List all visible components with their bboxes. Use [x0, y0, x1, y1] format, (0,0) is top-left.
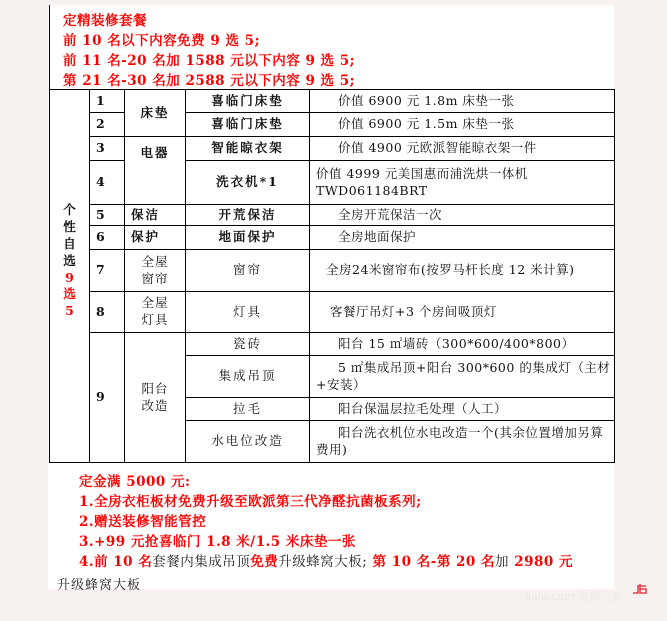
- row-number: 4: [90, 161, 125, 205]
- category-cell: 电器: [125, 137, 186, 205]
- item-cell: 窗帘: [186, 250, 310, 292]
- row-number: 9: [90, 333, 125, 463]
- bonus-item-3: 3.+99 元抢喜临门 1.8 米/1.5 米床垫一张: [79, 530, 356, 550]
- table-row: 个 性 自 选 9 选 5 1 床垫 喜临门床垫 价值 6900 元 1.8m …: [50, 90, 615, 113]
- item-cell: 智能晾衣架: [186, 137, 310, 161]
- table-row: 6 保护 地面保护 全房地面保护: [50, 226, 615, 250]
- row-number: 5: [90, 205, 125, 226]
- options-table: 个 性 自 选 9 选 5 1 床垫 喜临门床垫 价值 6900 元 1.8m …: [49, 89, 615, 463]
- item-cell: 集成吊顶: [186, 356, 310, 398]
- category-cell: 保护: [125, 226, 186, 250]
- row-number: 8: [90, 292, 125, 333]
- desc-cell: 5 ㎡集成吊顶+阳台 300*600 的集成灯（主材+安装）: [310, 356, 615, 398]
- watermark: jiaju.com 装修之家: [525, 588, 622, 604]
- deposit-title: 定金满 5000 元:: [79, 470, 190, 490]
- desc-cell: 全房地面保护: [310, 226, 615, 250]
- item-cell: 水电位改造: [186, 421, 310, 463]
- tier-line-1: 前 10 名以下内容免费 9 选 5;: [63, 29, 260, 49]
- item-cell: 喜临门床垫: [186, 90, 310, 113]
- desc-cell: 客餐厅吊灯+3 个房间吸顶灯: [310, 292, 615, 333]
- category-cell: 床垫: [125, 90, 186, 137]
- row-number: 3: [90, 137, 125, 161]
- bonus-item-4: 4.前 10 名套餐内集成吊顶免费升级蜂窝大板; 第 10 名-第 20 名加 …: [79, 550, 573, 570]
- row-number: 7: [90, 250, 125, 292]
- table-row: 5 保洁 开荒保洁 全房开荒保洁一次: [50, 205, 615, 226]
- table-row: 9 阳台改造 瓷砖 阳台 15 ㎡墙砖（300*600/400*800）: [50, 333, 615, 356]
- desc-cell: 阳台保温层拉毛处理（人工）: [310, 398, 615, 421]
- bonus-item-4-continued: 升级蜂窝大板: [57, 574, 141, 593]
- desc-cell: 价值 4900 元欧派智能晾衣架一件: [310, 137, 615, 161]
- package-title: 定精装修套餐: [63, 9, 147, 29]
- table-row: 8 全屋灯具 灯具 客餐厅吊灯+3 个房间吸顶灯: [50, 292, 615, 333]
- bonus-item-1: 1.全房衣柜板材免费升级至欧派第三代净醛抗菌板系列;: [79, 490, 422, 510]
- package-header: 定精装修套餐 前 10 名以下内容免费 9 选 5; 前 11 名-20 名加 …: [49, 5, 615, 89]
- desc-cell: 全房开荒保洁一次: [310, 205, 615, 226]
- desc-cell: 价值 6900 元 1.8m 床垫一张: [310, 90, 615, 113]
- tier-line-3: 第 21 名-30 名加 2588 元以下内容 9 选 5;: [63, 69, 355, 89]
- category-cell: 全屋灯具: [125, 292, 186, 333]
- side-label: 个 性 自 选 9 选 5: [50, 90, 90, 463]
- table-row: 7 全屋窗帘 窗帘 全房24米窗帘布(按罗马杆长度 12 米计算): [50, 250, 615, 292]
- deposit-bonus-section: 定金满 5000 元: 1.全房衣柜板材免费升级至欧派第三代净醛抗菌板系列; 2…: [49, 467, 614, 589]
- row-number: 1: [90, 90, 125, 113]
- tier-line-2: 前 11 名-20 名加 1588 元以下内容 9 选 5;: [63, 49, 355, 69]
- table-row: 3 电器 智能晾衣架 价值 4900 元欧派智能晾衣架一件: [50, 137, 615, 161]
- item-cell: 瓷砖: [186, 333, 310, 356]
- desc-cell: 阳台 15 ㎡墙砖（300*600/400*800）: [310, 333, 615, 356]
- item-cell: 拉毛: [186, 398, 310, 421]
- item-cell: 洗衣机*1: [186, 161, 310, 205]
- item-cell: 开荒保洁: [186, 205, 310, 226]
- category-cell: 保洁: [125, 205, 186, 226]
- document-page: 定精装修套餐 前 10 名以下内容免费 9 选 5; 前 11 名-20 名加 …: [48, 5, 614, 589]
- category-cell: 全屋窗帘: [125, 250, 186, 292]
- logo-icon: [632, 580, 648, 596]
- row-number: 2: [90, 113, 125, 137]
- row-number: 6: [90, 226, 125, 250]
- desc-cell: 价值 4999 元美国惠而浦洗烘一体机 TWD061184BRT: [310, 161, 615, 205]
- bonus-item-2: 2.赠送装修智能管控: [79, 510, 206, 530]
- desc-cell: 全房24米窗帘布(按罗马杆长度 12 米计算): [310, 250, 615, 292]
- item-cell: 地面保护: [186, 226, 310, 250]
- category-cell: 阳台改造: [125, 333, 186, 463]
- item-cell: 灯具: [186, 292, 310, 333]
- desc-cell: 阳台洗衣机位水电改造一个(其余位置增加另算费用): [310, 421, 615, 463]
- item-cell: 喜临门床垫: [186, 113, 310, 137]
- desc-cell: 价值 6900 元 1.5m 床垫一张: [310, 113, 615, 137]
